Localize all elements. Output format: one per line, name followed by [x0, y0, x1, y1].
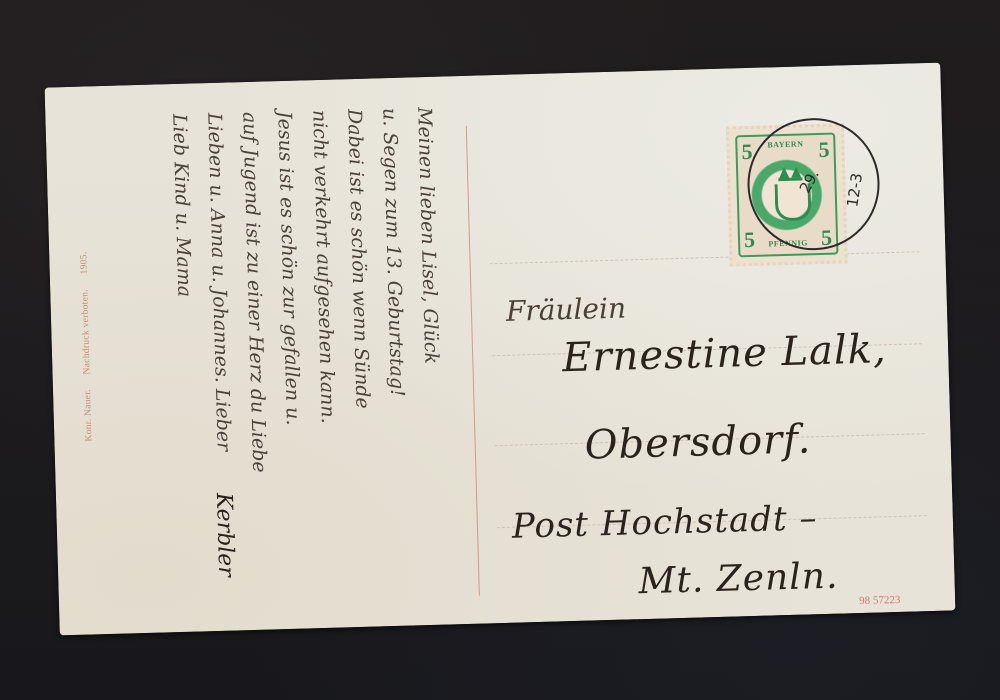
message-line: u. Segen zum 13. Geburtstag!	[378, 108, 408, 397]
handwritten-message: Meinen lieben Lisel, Glück u. Segen zum …	[65, 106, 458, 596]
address-place: Obersdorf.	[584, 416, 812, 468]
address-post-office: Post Hochstadt –	[511, 498, 818, 547]
message-line: Lieben u. Anna u. Johannes. Lieber	[203, 113, 234, 452]
message-line: Meinen lieben Lisel, Glück	[413, 107, 442, 365]
message-signature: Kerbler	[211, 492, 238, 577]
message-line: Dabei ist es schön wenn Sünde	[343, 109, 373, 409]
postmark-date: 29.	[796, 167, 823, 197]
address-name: Ernestine Lalk,	[562, 326, 888, 381]
message-line: auf Jugend ist zu einer Herz du Liebe	[238, 112, 270, 473]
address-district: Mt. Zenln.	[638, 556, 839, 603]
message-line: Jesus ist es schön zur gefallen u.	[273, 111, 304, 426]
message-line: Lieb Kind u. Mama	[168, 114, 195, 298]
postmark-time: 12-3	[843, 172, 866, 208]
postcard: Konr. Nauer. Nachdruck verboten. 1905. 9…	[45, 63, 956, 636]
center-divider-line	[466, 126, 480, 596]
address-line-1	[490, 251, 920, 264]
message-line: nicht verkehrt aufgesehen kann.	[308, 110, 339, 424]
address-salutation: Fräulein	[505, 291, 626, 327]
serial-number: 98 57223	[859, 594, 901, 607]
